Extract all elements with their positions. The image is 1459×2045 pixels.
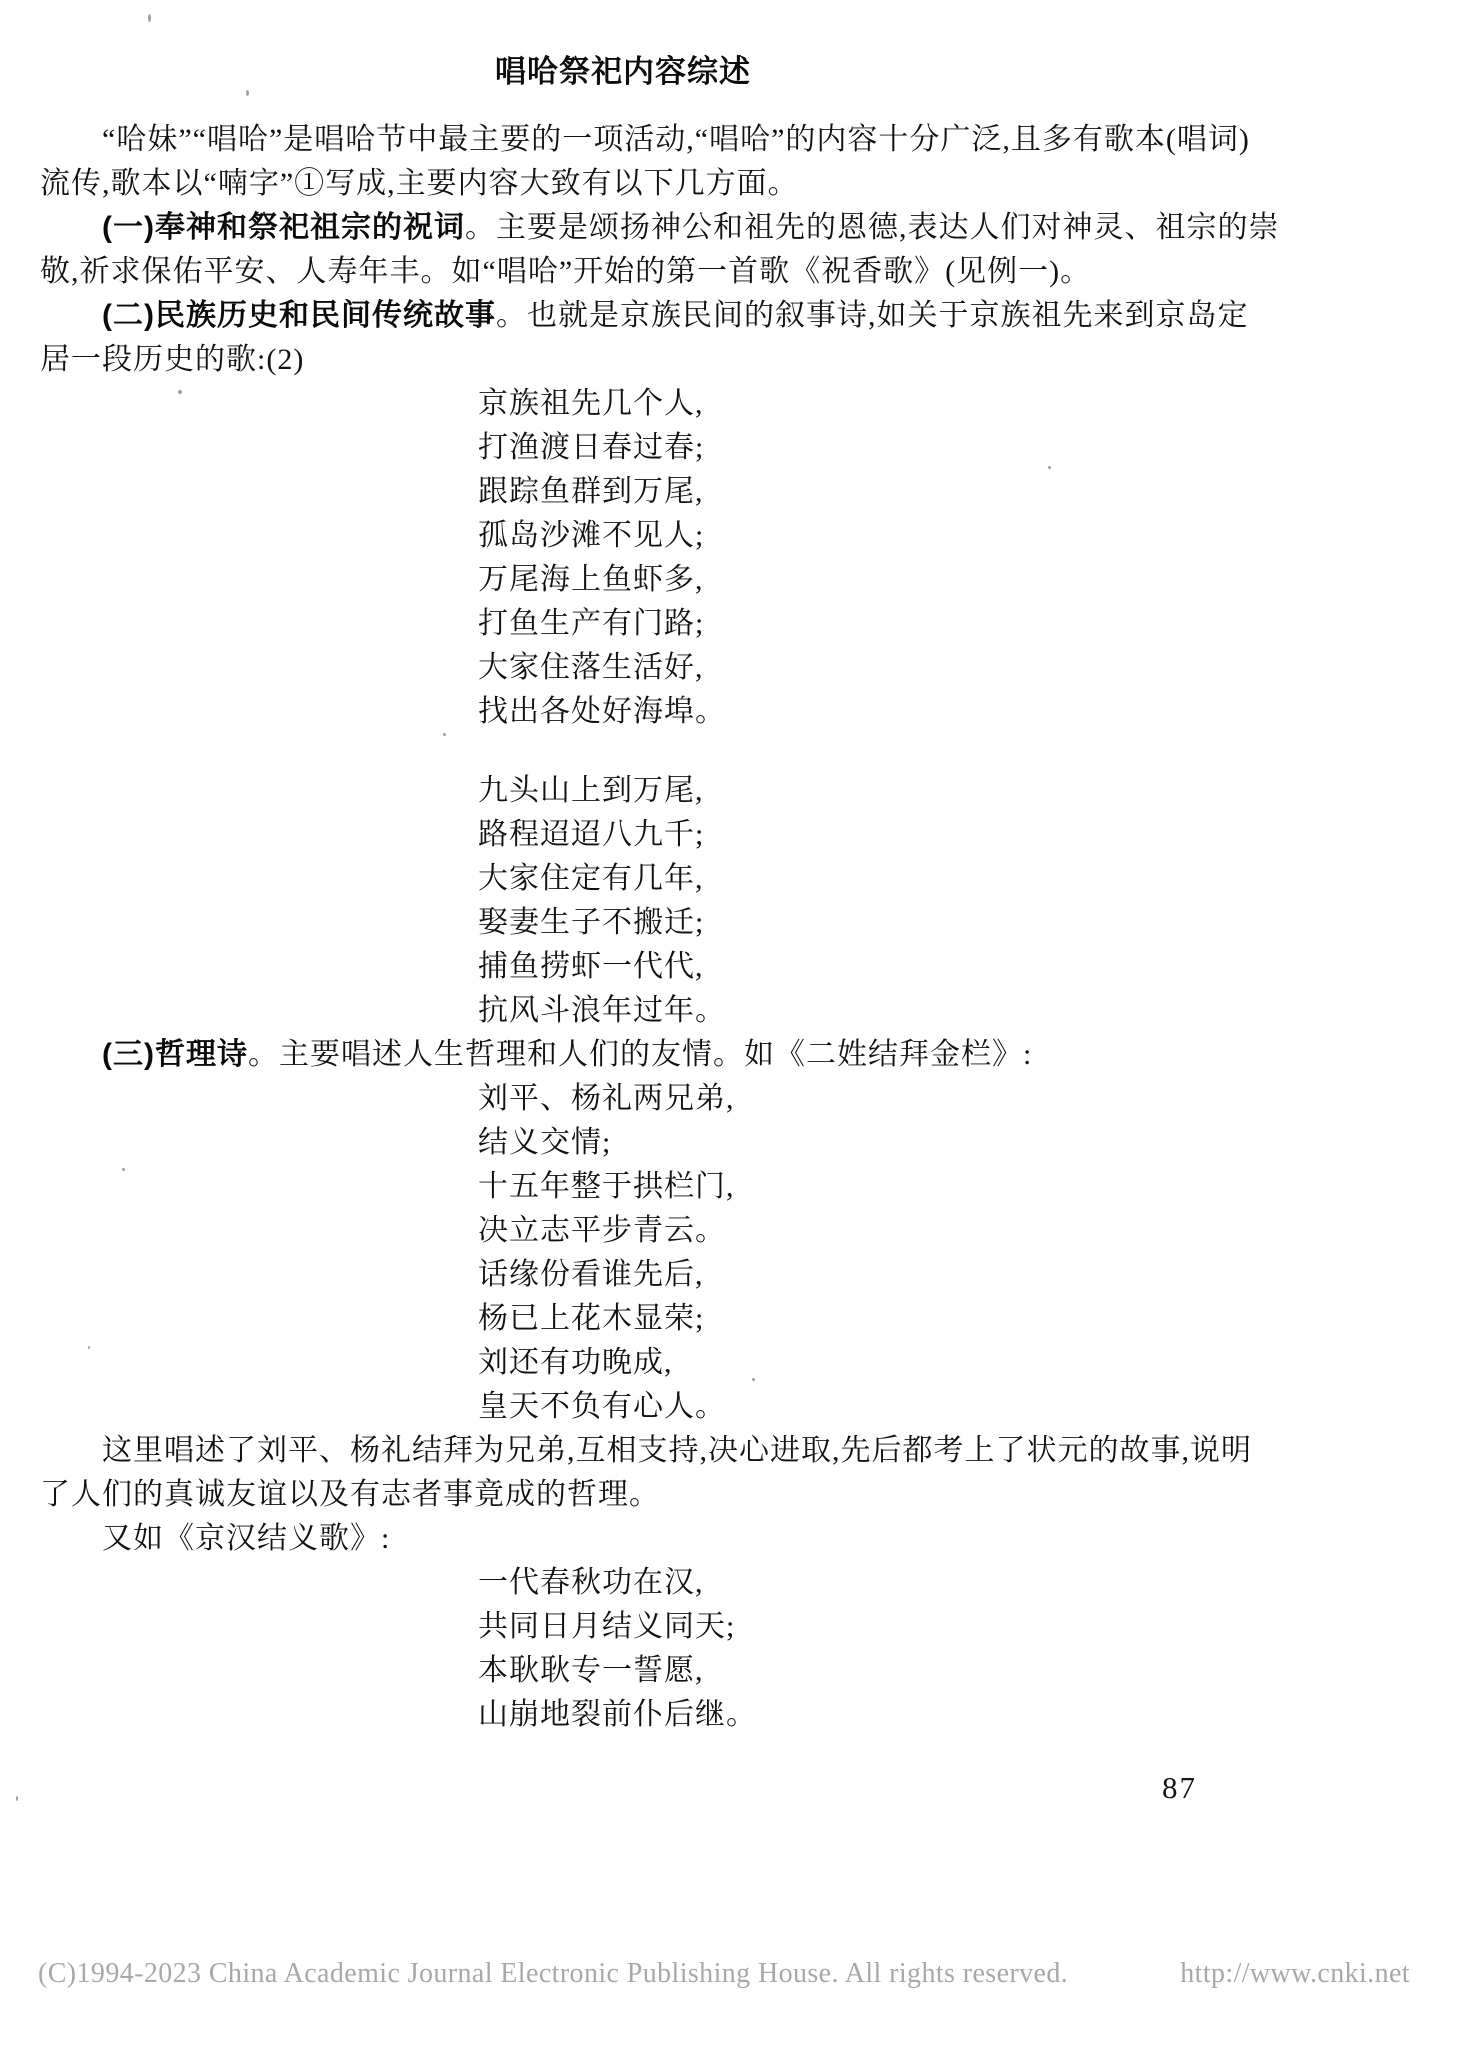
poem-line: 京族祖先几个人,	[40, 382, 1236, 426]
poem-line: 皇天不负有心人。	[40, 1385, 1236, 1429]
poem-line: 找出各处好海埠。	[40, 690, 1236, 734]
poem-line: 山崩地裂前仆后继。	[40, 1693, 1236, 1737]
scan-artifact	[148, 14, 151, 22]
paragraph-line: “哈妹”“唱哈”是唱哈节中最主要的一项活动,“唱哈”的内容十分广泛,且多有歌本(…	[40, 118, 1236, 162]
poem-line: 决立志平步青云。	[40, 1209, 1236, 1253]
paragraph-line: 敬,祈求保佑平安、人寿年丰。如“唱哈”开始的第一首歌《祝香歌》(见例一)。	[40, 250, 1236, 294]
paragraph-line: (三)哲理诗。主要唱述人生哲理和人们的友情。如《二姓结拜金栏》:	[40, 1033, 1236, 1077]
poem-line: 结义交情;	[40, 1121, 1236, 1165]
poem-line: 杨已上花木显荣;	[40, 1297, 1236, 1341]
stanza-gap	[40, 734, 1236, 769]
paragraph-line: 居一段历史的歌:(2)	[40, 338, 1236, 382]
paragraph-line: 又如《京汉结义歌》:	[40, 1517, 1236, 1561]
poem-line: 打渔渡日春过春;	[40, 426, 1236, 470]
poem-line: 大家住落生活好,	[40, 646, 1236, 690]
poem-line: 话缘份看谁先后,	[40, 1253, 1236, 1297]
poem-line: 刘还有功晚成,	[40, 1341, 1236, 1385]
page-title: 唱哈祭祀内容综述	[25, 46, 1221, 91]
paragraph-line: 这里唱述了刘平、杨礼结拜为兄弟,互相支持,决心进取,先后都考上了状元的故事,说明	[40, 1429, 1236, 1473]
page-number: 87	[1162, 1770, 1197, 1806]
paragraph-line: (一)奉神和祭祀祖宗的祝词。主要是颂扬神公和祖先的恩德,表达人们对神灵、祖宗的崇	[40, 206, 1236, 250]
section-heading: (三)哲理诗	[102, 1038, 248, 1071]
scan-artifact	[752, 1378, 755, 1381]
poem-line: 打鱼生产有门路;	[40, 602, 1236, 646]
poem-line: 大家住定有几年,	[40, 857, 1236, 901]
section-heading: (一)奉神和祭祀祖宗的祝词	[102, 211, 465, 244]
poem-line: 万尾海上鱼虾多,	[40, 558, 1236, 602]
scanned-journal-page: 唱哈祭祀内容综述 “哈妹”“唱哈”是唱哈节中最主要的一项活动,“唱哈”的内容十分…	[0, 0, 1459, 2045]
poem-line: 刘平、杨礼两兄弟,	[40, 1077, 1236, 1121]
poem-line: 娶妻生子不搬迁;	[40, 901, 1236, 945]
scan-artifact	[88, 1346, 90, 1349]
scan-artifact	[16, 1796, 18, 1801]
scan-artifact	[178, 390, 182, 394]
paragraph-line: 流传,歌本以“喃字”①写成,主要内容大致有以下几方面。	[40, 162, 1236, 206]
scan-artifact	[122, 1168, 125, 1171]
poem-line: 一代春秋功在汉,	[40, 1561, 1236, 1605]
section-heading: (二)民族历史和民间传统故事	[102, 299, 496, 332]
poem-line: 十五年整于拱栏门,	[40, 1165, 1236, 1209]
article-body: “哈妹”“唱哈”是唱哈节中最主要的一项活动,“唱哈”的内容十分广泛,且多有歌本(…	[40, 118, 1236, 1737]
footer-url: http://www.cnki.net	[1180, 1958, 1410, 1990]
scan-artifact	[246, 90, 249, 96]
poem-line: 捕鱼捞虾一代代,	[40, 945, 1236, 989]
paragraph-line: 了人们的真诚友谊以及有志者事竟成的哲理。	[40, 1473, 1236, 1517]
poem-line: 路程迢迢八九千;	[40, 813, 1236, 857]
paragraph-line: (二)民族历史和民间传统故事。也就是京族民间的叙事诗,如关于京族祖先来到京岛定	[40, 294, 1236, 338]
poem-line: 共同日月结义同天;	[40, 1605, 1236, 1649]
scan-artifact	[1048, 466, 1051, 469]
poem-line: 跟踪鱼群到万尾,	[40, 470, 1236, 514]
copyright-footer: (C)1994-2023 China Academic Journal Elec…	[38, 1958, 1410, 1990]
poem-line: 九头山上到万尾,	[40, 769, 1236, 813]
copyright-text: (C)1994-2023 China Academic Journal Elec…	[38, 1958, 1068, 1990]
scan-artifact	[443, 733, 446, 736]
poem-line: 本耿耿专一誓愿,	[40, 1649, 1236, 1693]
poem-line: 孤岛沙滩不见人;	[40, 514, 1236, 558]
poem-line: 抗风斗浪年过年。	[40, 989, 1236, 1033]
